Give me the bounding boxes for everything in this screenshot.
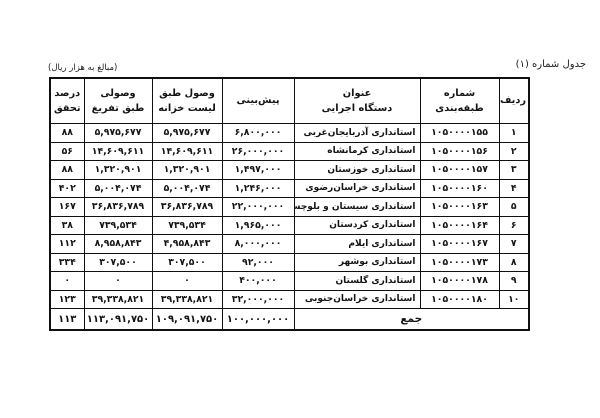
cell-title: استانداری خوزستان (294, 161, 420, 180)
cell-percent: ۸۸ (50, 161, 84, 180)
col-header-tafrigh: وصولیطبق تفریغ (84, 78, 152, 124)
cell-treasury: ۳۰۷,۵۰۰ (152, 253, 222, 272)
cell-code: ۱۰۵۰۰۰۰۱۵۷ (420, 161, 499, 180)
cell-tafrigh: ۳۹,۳۳۸,۸۲۱ (84, 290, 152, 309)
cell-tafrigh: ۰ (84, 272, 152, 291)
cell-forecast: ۴۰۰,۰۰۰ (222, 272, 294, 291)
sum-treasury: ۱۰۹,۰۹۱,۷۵۰ (152, 309, 222, 331)
cell-code: ۱۰۵۰۰۰۰۱۶۷ (420, 235, 499, 254)
cell-forecast: ۱,۲۴۶,۰۰۰ (222, 179, 294, 198)
table-row: ۸۱۰۵۰۰۰۰۱۷۳استانداری بوشهر۹۲,۰۰۰۳۰۷,۵۰۰۳… (50, 253, 529, 272)
cell-radif: ۹ (499, 272, 529, 291)
cell-percent: ۳۸ (50, 216, 84, 235)
cell-radif: ۸ (499, 253, 529, 272)
cell-tafrigh: ۵,۰۰۴,۰۷۴ (84, 179, 152, 198)
cell-title: استانداری ایلام (294, 235, 420, 254)
cell-code: ۱۰۵۰۰۰۰۱۷۸ (420, 272, 499, 291)
cell-forecast: ۱,۴۹۷,۰۰۰ (222, 161, 294, 180)
sum-forecast: ۱۰۰,۰۰۰,۰۰۰ (222, 309, 294, 331)
cell-tafrigh: ۸,۹۵۸,۸۴۳ (84, 235, 152, 254)
cell-tafrigh: ۱,۳۲۰,۹۰۱ (84, 161, 152, 180)
cell-percent: ۴۰۲ (50, 179, 84, 198)
cell-tafrigh: ۱۴,۶۰۹,۶۱۱ (84, 142, 152, 161)
cell-code: ۱۰۵۰۰۰۰۱۶۰ (420, 179, 499, 198)
col-header-line1: وصول طبق (155, 86, 220, 101)
cell-treasury: ۱۴,۶۰۹,۶۱۱ (152, 142, 222, 161)
cell-forecast: ۳۲,۰۰۰,۰۰۰ (222, 290, 294, 309)
cell-forecast: ۲۲,۰۰۰,۰۰۰ (222, 198, 294, 217)
sum-percent: ۱۱۳ (50, 309, 84, 331)
table-row: ۷۱۰۵۰۰۰۰۱۶۷استانداری ایلام۸,۰۰۰,۰۰۰۴,۹۵۸… (50, 235, 529, 254)
table-sum-row: جمع۱۰۰,۰۰۰,۰۰۰۱۰۹,۰۹۱,۷۵۰۱۱۳,۰۹۱,۷۵۰۱۱۳ (50, 309, 529, 331)
col-header-line1: درصد (53, 86, 82, 101)
cell-code: ۱۰۵۰۰۰۰۱۶۴ (420, 216, 499, 235)
cell-radif: ۶ (499, 216, 529, 235)
table-row: ۵۱۰۵۰۰۰۰۱۶۳استانداری سیستان و بلوچستان۲۲… (50, 198, 529, 217)
col-header-radif: ردیف (499, 78, 529, 124)
cell-tafrigh: ۵,۹۷۵,۶۷۷ (84, 124, 152, 143)
cell-forecast: ۲۶,۰۰۰,۰۰۰ (222, 142, 294, 161)
cell-radif: ۴ (499, 179, 529, 198)
cell-radif: ۱ (499, 124, 529, 143)
table-row: ۳۱۰۵۰۰۰۰۱۵۷استانداری خوزستان۱,۴۹۷,۰۰۰۱,۳… (50, 161, 529, 180)
cell-title: استانداری آذربایجان‌غربی (294, 124, 420, 143)
cell-radif: ۳ (499, 161, 529, 180)
col-header-line2: طبق تفریغ (87, 101, 150, 116)
table-header-row: ردیفشمارهطبقه‌بندیعنواندستگاه اجراییپیش‌… (50, 78, 529, 124)
col-header-line1: عنوان (297, 86, 418, 101)
cell-treasury: ۵,۰۰۴,۰۷۴ (152, 179, 222, 198)
cell-percent: ۱۱۲ (50, 235, 84, 254)
cell-percent: ۰ (50, 272, 84, 291)
cell-title: استانداری بوشهر (294, 253, 420, 272)
cell-tafrigh: ۳۰۷,۵۰۰ (84, 253, 152, 272)
cell-percent: ۵۶ (50, 142, 84, 161)
col-header-line2: تحقق (53, 101, 82, 116)
cell-radif: ۷ (499, 235, 529, 254)
scanned-document-page: { "page": { "caption_right": "جدول شماره… (0, 0, 600, 418)
cell-code: ۱۰۵۰۰۰۰۱۵۵ (420, 124, 499, 143)
cell-treasury: ۷۳۹,۵۳۴ (152, 216, 222, 235)
cell-percent: ۸۸ (50, 124, 84, 143)
cell-title: استانداری خراسان‌جنوبی (294, 290, 420, 309)
cell-title: استانداری گلستان (294, 272, 420, 291)
cell-title: استانداری کردستان (294, 216, 420, 235)
col-header-title: عنواندستگاه اجرایی (294, 78, 420, 124)
cell-forecast: ۱,۹۶۵,۰۰۰ (222, 216, 294, 235)
table-row: ۹۱۰۵۰۰۰۰۱۷۸استانداری گلستان۴۰۰,۰۰۰۰۰۰ (50, 272, 529, 291)
col-header-line1: پیش‌بینی (225, 93, 292, 108)
col-header-line2: طبقه‌بندی (423, 101, 497, 116)
cell-treasury: ۵,۹۷۵,۶۷۷ (152, 124, 222, 143)
cell-radif: ۵ (499, 198, 529, 217)
cell-treasury: ۱,۳۲۰,۹۰۱ (152, 161, 222, 180)
cell-forecast: ۸,۰۰۰,۰۰۰ (222, 235, 294, 254)
cell-treasury: ۴,۹۵۸,۸۴۳ (152, 235, 222, 254)
sum-tafrigh: ۱۱۳,۰۹۱,۷۵۰ (84, 309, 152, 331)
amounts-unit-caption: (مبالغ به هزار ریال) (48, 63, 117, 73)
cell-tafrigh: ۳۶,۸۳۶,۷۸۹ (84, 198, 152, 217)
table-row: ۴۱۰۵۰۰۰۰۱۶۰استانداری خراسان‌رضوی۱,۲۴۶,۰۰… (50, 179, 529, 198)
cell-radif: ۲ (499, 142, 529, 161)
cell-code: ۱۰۵۰۰۰۰۱۸۰ (420, 290, 499, 309)
cell-treasury: ۳۹,۳۳۸,۸۲۱ (152, 290, 222, 309)
cell-forecast: ۹۲,۰۰۰ (222, 253, 294, 272)
cell-tafrigh: ۷۳۹,۵۳۴ (84, 216, 152, 235)
col-header-line2: دستگاه اجرایی (297, 101, 418, 116)
cell-treasury: ۰ (152, 272, 222, 291)
col-header-forecast: پیش‌بینی (222, 78, 294, 124)
cell-code: ۱۰۵۰۰۰۰۱۶۳ (420, 198, 499, 217)
table-row: ۲۱۰۵۰۰۰۰۱۵۶استانداری کرمانشاه۲۶,۰۰۰,۰۰۰۱… (50, 142, 529, 161)
cell-radif: ۱۰ (499, 290, 529, 309)
cell-percent: ۱۲۳ (50, 290, 84, 309)
sum-row: جمع۱۰۰,۰۰۰,۰۰۰۱۰۹,۰۹۱,۷۵۰۱۱۳,۰۹۱,۷۵۰۱۱۳ (50, 309, 529, 331)
col-header-percent: درصدتحقق (50, 78, 84, 124)
cell-forecast: ۶,۸۰۰,۰۰۰ (222, 124, 294, 143)
cell-title: استانداری سیستان و بلوچستان (294, 198, 420, 217)
cell-code: ۱۰۵۰۰۰۰۱۵۶ (420, 142, 499, 161)
cell-code: ۱۰۵۰۰۰۰۱۷۳ (420, 253, 499, 272)
col-header-line1: وصولی (87, 86, 150, 101)
table-body: ۱۱۰۵۰۰۰۰۱۵۵استانداری آذربایجان‌غربی۶,۸۰۰… (50, 124, 529, 309)
revenue-table: ردیفشمارهطبقه‌بندیعنواندستگاه اجراییپیش‌… (49, 77, 530, 331)
table-row: ۶۱۰۵۰۰۰۰۱۶۴استانداری کردستان۱,۹۶۵,۰۰۰۷۳۹… (50, 216, 529, 235)
col-header-treasury: وصول طبقلیست خزانه (152, 78, 222, 124)
table-row: ۱۰۱۰۵۰۰۰۰۱۸۰استانداری خراسان‌جنوبی۳۲,۰۰۰… (50, 290, 529, 309)
sum-label: جمع (294, 309, 529, 331)
cell-treasury: ۳۶,۸۳۶,۷۸۹ (152, 198, 222, 217)
cell-percent: ۳۳۴ (50, 253, 84, 272)
cell-title: استانداری کرمانشاه (294, 142, 420, 161)
col-header-line1: ردیف (502, 93, 527, 108)
table-number-caption: جدول شماره (۱) (516, 59, 586, 70)
col-header-line1: شماره (423, 86, 497, 101)
col-header-line2: لیست خزانه (155, 101, 220, 116)
cell-percent: ۱۶۷ (50, 198, 84, 217)
col-header-code: شمارهطبقه‌بندی (420, 78, 499, 124)
table-row: ۱۱۰۵۰۰۰۰۱۵۵استانداری آذربایجان‌غربی۶,۸۰۰… (50, 124, 529, 143)
cell-title: استانداری خراسان‌رضوی (294, 179, 420, 198)
